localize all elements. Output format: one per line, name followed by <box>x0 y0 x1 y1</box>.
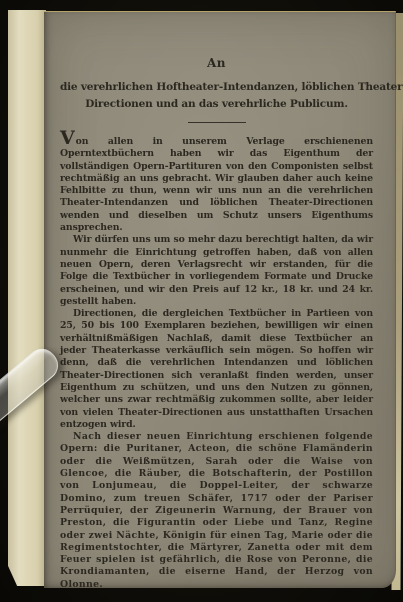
document-page: An die verehrlichen Hoftheater-Intendanz… <box>44 11 396 588</box>
body-text: Von allen in unserem Verlage erschienene… <box>60 132 373 591</box>
salutation: An <box>60 56 373 70</box>
paragraph-new-format-prices: Wir dürfen uns um so mehr dazu berechtig… <box>60 234 373 308</box>
paragraph-ownership-notice: Von allen in unserem Verlage erschienene… <box>60 132 373 234</box>
document-heading: die verehrlichen Hoftheater-Intendanzen,… <box>60 79 373 112</box>
top-divider-rule <box>188 122 246 123</box>
scanned-book-photo: An die verehrlichen Hoftheater-Intendanz… <box>0 0 403 602</box>
paragraph-bulk-discount: Directionen, die dergleichen Textbücher … <box>60 308 373 431</box>
heading-line-2: Directionen und an das verehrliche Publi… <box>60 96 373 113</box>
heading-line-1: die verehrlichen Hoftheater-Intendanzen,… <box>60 79 373 96</box>
paragraph-opera-list: Nach dieser neuen Einrichtung erschienen… <box>60 431 373 591</box>
book-page-fore-edge <box>8 10 46 586</box>
